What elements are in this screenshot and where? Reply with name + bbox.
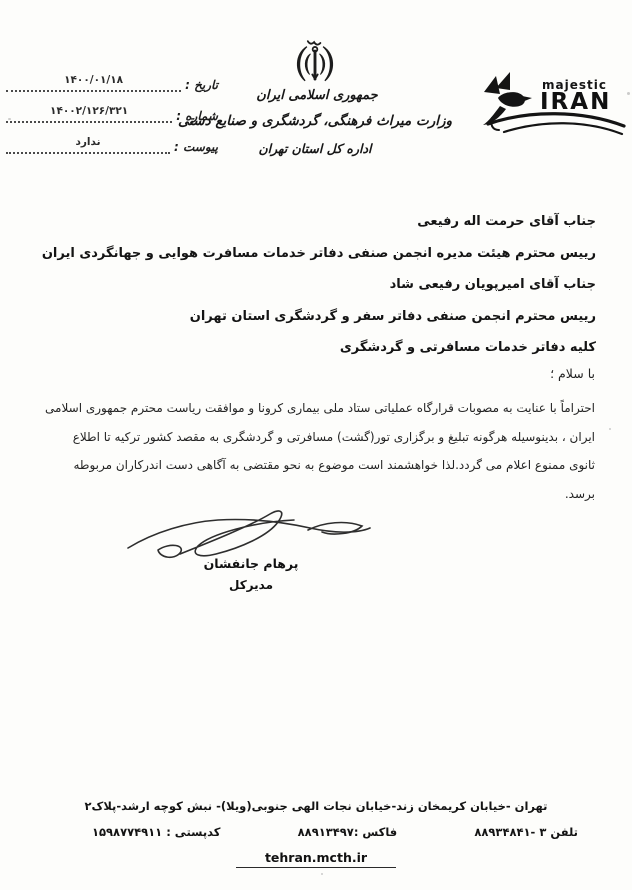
iran-emblem-icon bbox=[288, 34, 342, 88]
footer-address: تهران -خیابان کریمخان زند-خیابان نجات ال… bbox=[46, 799, 586, 813]
footer-website: tehran.mcth.ir bbox=[236, 850, 396, 868]
body-line: ایران ، بدینوسیله هرگونه تبلیغ و برگزاری… bbox=[50, 423, 595, 452]
majestic-iran-logo: majestic IRAN bbox=[480, 68, 628, 144]
signature-block: پرهام جانفشان مدیرکل bbox=[118, 500, 378, 600]
date-row: تاریخ : ۱۴۰۰/۰۱/۱۸ bbox=[6, 74, 218, 92]
body-line: احتراماً با عنایت به مصوبات قرارگاه عملی… bbox=[50, 394, 595, 423]
logo-word-iran: IRAN bbox=[540, 89, 611, 115]
scan-speck bbox=[8, 118, 11, 120]
signer-name: پرهام جانفشان bbox=[176, 556, 326, 571]
letterhead-office: اداره کل استان تهران bbox=[230, 141, 400, 156]
salutation: با سلام ؛ bbox=[550, 366, 595, 381]
body-line: ثانوی ممنوع اعلام می گردد.لذا خواهشمند ا… bbox=[50, 451, 595, 480]
footer-contacts: تلفن ۳ -۸۸۹۳۴۸۴۱ فاکس :۸۸۹۱۳۴۹۷ کدپستی :… bbox=[92, 825, 578, 839]
recipient-line: جناب آقای امیرپویان رفیعی شاد bbox=[42, 269, 596, 301]
recipient-line: جناب آقای حرمت اله رفیعی bbox=[42, 206, 596, 238]
attachment-label: پیوست : bbox=[174, 140, 218, 154]
letter-body: احتراماً با عنایت به مصوبات قرارگاه عملی… bbox=[50, 394, 595, 508]
attachment-row: پیوست : ندارد bbox=[6, 136, 218, 154]
scanned-letter-page: تاریخ : ۱۴۰۰/۰۱/۱۸ شماره : ۱۴۰۰۲/۱۲۶/۳۲۱… bbox=[0, 0, 632, 890]
signer-title: مدیرکل bbox=[196, 578, 306, 592]
recipient-line: کلیه دفاتر خدمات مسافرتی و گردشگری bbox=[42, 332, 596, 364]
recipient-block: جناب آقای حرمت اله رفیعی رییس محترم هیئت… bbox=[42, 206, 596, 364]
letterhead-ministry: وزارت میراث فرهنگی، گردشگری و صنایع دستی bbox=[140, 113, 490, 129]
recipient-line: رییس محترم انجمن صنفی دفاتر سفر و گردشگر… bbox=[42, 301, 596, 333]
scan-speck bbox=[609, 428, 611, 430]
letterhead-country: جمهوری اسلامی ایران bbox=[212, 88, 422, 103]
footer-phone: تلفن ۳ -۸۸۹۳۴۸۴۱ bbox=[474, 825, 578, 839]
recipient-line: رییس محترم هیئت مدیره انجمن صنفی دفاتر خ… bbox=[42, 238, 596, 270]
footer-fax: فاکس :۸۸۹۱۳۴۹۷ bbox=[298, 825, 398, 839]
date-value: ۱۴۰۰/۰۱/۱۸ bbox=[6, 74, 181, 92]
attachment-value: ندارد bbox=[6, 136, 170, 154]
scan-speck bbox=[321, 873, 323, 875]
footer-postal: کدپستی : ۱۵۹۸۷۷۴۹۱۱ bbox=[92, 825, 221, 839]
scan-speck bbox=[627, 92, 630, 95]
